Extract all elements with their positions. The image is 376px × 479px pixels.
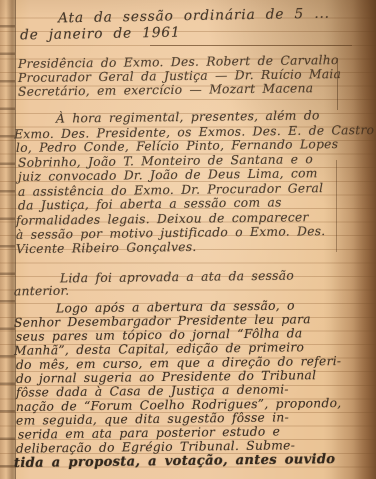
document-title-line: de janeiro de 1961 <box>20 26 181 43</box>
handwritten-line: À hora regimental, presentes, além do <box>56 108 320 125</box>
title-underline <box>150 45 352 46</box>
right-margin-line <box>336 160 337 252</box>
document-title-line: Ata da sessão ordinária de 5 ... <box>58 7 330 26</box>
handwritten-line: tida a proposta, a votação, antes ouvido <box>14 453 335 471</box>
handwritten-line: Secretário, em exercício — Mozart Macena <box>18 81 313 99</box>
notebook-page: Ata da sessão ordinária de 5 ... de jane… <box>0 0 376 479</box>
handwritten-line: anterior. <box>14 284 70 299</box>
handwritten-line: Lida foi aprovada a ata da sessão <box>60 269 294 286</box>
binding-edge <box>0 0 15 479</box>
handwritten-line: Vicente Ribeiro Gonçalves. <box>16 240 197 256</box>
